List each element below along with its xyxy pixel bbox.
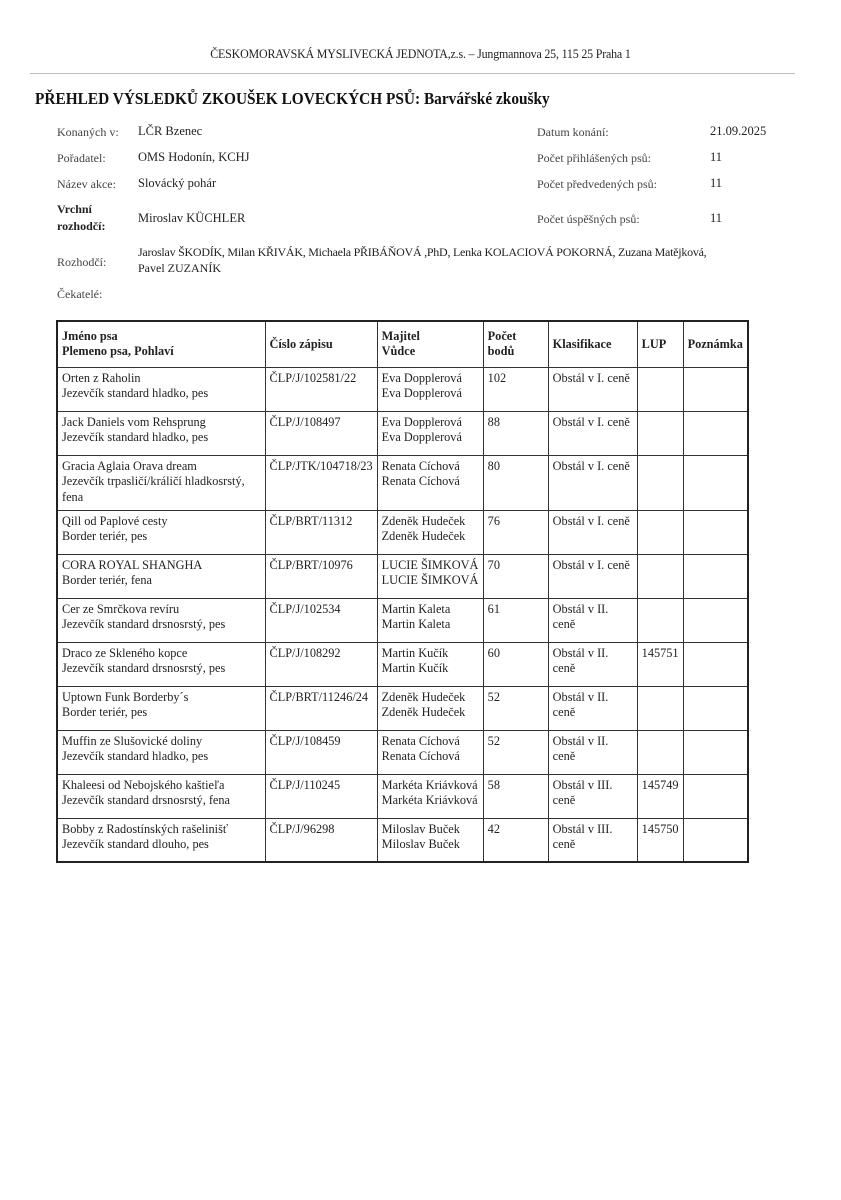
cell-registration: ČLP/BRT/10976	[265, 554, 377, 598]
cell-points: 61	[483, 598, 548, 642]
cell-note	[683, 818, 748, 862]
dog-breed-sex: Jezevčík standard hladko, pes	[62, 386, 261, 402]
cell-dog: Qill od Paplové cestyBorder teriér, pes	[57, 510, 265, 554]
dog-name: Bobby z Radostínských rašelinišť	[62, 822, 261, 838]
header-owner: Majitel	[382, 329, 479, 345]
cell-classification: Obstál v II. ceně	[548, 686, 637, 730]
venue-value: LČR Bzenec	[138, 124, 202, 139]
cell-note	[683, 730, 748, 774]
cell-classification: Obstál v II. ceně	[548, 730, 637, 774]
cell-owner-handler: Miloslav BučekMiloslav Buček	[377, 818, 483, 862]
table-row: Cer ze Smrčkova revíruJezevčík standard …	[57, 598, 748, 642]
owner-name: Eva Dopplerová	[382, 415, 479, 431]
table-row: Orten z RaholinJezevčík standard hladko,…	[57, 367, 748, 411]
successful-value: 11	[710, 211, 722, 226]
dog-name: Khaleesi od Nebojského kaštieľa	[62, 778, 261, 794]
cell-points: 76	[483, 510, 548, 554]
owner-name: Renata Cíchová	[382, 459, 479, 475]
header-registration: Číslo zápisu	[265, 321, 377, 367]
dog-breed-sex: Jezevčík standard hladko, pes	[62, 749, 261, 765]
handler-name: Markéta Kriávková	[382, 793, 479, 809]
cell-lup	[637, 411, 683, 455]
cell-points: 52	[483, 686, 548, 730]
cell-dog: Orten z RaholinJezevčík standard hladko,…	[57, 367, 265, 411]
dog-breed-sex: Jezevčík standard drsnosrstý, pes	[62, 617, 261, 633]
cell-dog: Khaleesi od Nebojského kaštieľaJezevčík …	[57, 774, 265, 818]
header-dog-name: Jméno psa Plemeno psa, Pohlaví	[57, 321, 265, 367]
chief-judge-label: Vrchní rozhodčí:	[57, 201, 105, 235]
chief-judge-value: Miroslav KÜCHLER	[138, 211, 245, 226]
dog-breed-sex: Jezevčík standard dlouho, pes	[62, 837, 261, 853]
cell-points: 80	[483, 455, 548, 510]
table-row: CORA ROYAL SHANGHABorder teriér, fenaČLP…	[57, 554, 748, 598]
handler-name: Eva Dopplerová	[382, 430, 479, 446]
cell-points: 88	[483, 411, 548, 455]
cell-dog: Cer ze Smrčkova revíruJezevčík standard …	[57, 598, 265, 642]
dog-name: Draco ze Skleného kopce	[62, 646, 261, 662]
cell-classification: Obstál v III. ceně	[548, 818, 637, 862]
dog-breed-sex: Jezevčík standard drsnosrstý, pes	[62, 661, 261, 677]
handler-name: Miloslav Buček	[382, 837, 479, 853]
handler-name: Zdeněk Hudeček	[382, 705, 479, 721]
cell-classification: Obstál v I. ceně	[548, 411, 637, 455]
cell-classification: Obstál v II. ceně	[548, 598, 637, 642]
dog-name: Jack Daniels vom Rehsprung	[62, 415, 261, 431]
cell-dog: Bobby z Radostínských rašelinišťJezevčík…	[57, 818, 265, 862]
presented-value: 11	[710, 176, 722, 191]
cell-dog: Uptown Funk Borderby´sBorder teriér, pes	[57, 686, 265, 730]
cell-registration: ČLP/J/108292	[265, 642, 377, 686]
cell-lup	[637, 686, 683, 730]
cell-owner-handler: Renata CíchováRenata Cíchová	[377, 730, 483, 774]
organization-header: ČESKOMORAVSKÁ MYSLIVECKÁ JEDNOTA,z.s. – …	[34, 46, 808, 62]
venue-label: Konaných v:	[57, 125, 119, 140]
cell-points: 102	[483, 367, 548, 411]
cell-registration: ČLP/J/96298	[265, 818, 377, 862]
cell-points: 60	[483, 642, 548, 686]
judges-line1: Jaroslav ŠKODÍK, Milan KŘIVÁK, Michaela …	[138, 245, 706, 260]
cell-note	[683, 411, 748, 455]
date-label: Datum konání:	[537, 125, 609, 140]
dog-breed-sex: Border teriér, fena	[62, 573, 261, 589]
organizer-value: OMS Hodonín, KCHJ	[138, 150, 249, 165]
event-label: Název akce:	[57, 177, 116, 192]
chief-judge-label-line2: rozhodčí:	[57, 218, 105, 235]
cell-classification: Obstál v I. ceně	[548, 554, 637, 598]
owner-name: Martin Kučík	[382, 646, 479, 662]
table-row: Jack Daniels vom RehsprungJezevčík stand…	[57, 411, 748, 455]
header-classification: Klasifikace	[548, 321, 637, 367]
cell-registration: ČLP/J/108459	[265, 730, 377, 774]
cell-owner-handler: LUCIE ŠIMKOVÁLUCIE ŠIMKOVÁ	[377, 554, 483, 598]
dog-name: Orten z Raholin	[62, 371, 261, 387]
cell-lup	[637, 367, 683, 411]
cell-note	[683, 510, 748, 554]
successful-label: Počet úspěšných psů:	[537, 212, 640, 227]
handler-name: Eva Dopplerová	[382, 386, 479, 402]
cell-dog: CORA ROYAL SHANGHABorder teriér, fena	[57, 554, 265, 598]
dog-name: Gracia Aglaia Orava dream	[62, 459, 261, 475]
cell-note	[683, 686, 748, 730]
cell-lup	[637, 598, 683, 642]
organizer-label: Pořadatel:	[57, 151, 106, 166]
cell-lup	[637, 510, 683, 554]
trainees-label: Čekatelé:	[57, 287, 102, 302]
dog-breed-sex: Border teriér, pes	[62, 529, 261, 545]
cell-registration: ČLP/J/110245	[265, 774, 377, 818]
cell-owner-handler: Renata CíchováRenata Cíchová	[377, 455, 483, 510]
owner-name: Zdeněk Hudeček	[382, 690, 479, 706]
cell-lup	[637, 730, 683, 774]
cell-owner-handler: Martin KučíkMartin Kučík	[377, 642, 483, 686]
dog-name: Muffin ze Slušovické doliny	[62, 734, 261, 750]
table-row: Gracia Aglaia Orava dreamJezevčík trpasl…	[57, 455, 748, 510]
header-divider	[30, 73, 795, 74]
cell-dog: Muffin ze Slušovické dolinyJezevčík stan…	[57, 730, 265, 774]
header-name-line1: Jméno psa	[62, 329, 261, 345]
dog-breed-sex: Jezevčík trpasličí/králičí hladkosrstý, …	[62, 474, 261, 505]
cell-classification: Obstál v I. ceně	[548, 510, 637, 554]
cell-note	[683, 774, 748, 818]
header-points: Počet bodů	[483, 321, 548, 367]
cell-lup	[637, 554, 683, 598]
header-note: Poznámka	[683, 321, 748, 367]
cell-owner-handler: Eva DopplerováEva Dopplerová	[377, 411, 483, 455]
cell-lup: 145750	[637, 818, 683, 862]
cell-lup	[637, 455, 683, 510]
judges-label: Rozhodčí:	[57, 255, 106, 270]
cell-points: 52	[483, 730, 548, 774]
cell-registration: ČLP/J/108497	[265, 411, 377, 455]
header-handler: Vůdce	[382, 344, 479, 360]
cell-classification: Obstál v I. ceně	[548, 367, 637, 411]
results-body: Orten z RaholinJezevčík standard hladko,…	[57, 367, 748, 862]
handler-name: Renata Cíchová	[382, 749, 479, 765]
owner-name: Martin Kaleta	[382, 602, 479, 618]
table-row: Uptown Funk Borderby´sBorder teriér, pes…	[57, 686, 748, 730]
cell-points: 58	[483, 774, 548, 818]
cell-registration: ČLP/JTK/104718/23	[265, 455, 377, 510]
table-header-row: Jméno psa Plemeno psa, Pohlaví Číslo záp…	[57, 321, 748, 367]
cell-registration: ČLP/BRT/11246/24	[265, 686, 377, 730]
cell-owner-handler: Eva DopplerováEva Dopplerová	[377, 367, 483, 411]
owner-name: Renata Cíchová	[382, 734, 479, 750]
cell-dog: Jack Daniels vom RehsprungJezevčík stand…	[57, 411, 265, 455]
registered-value: 11	[710, 150, 722, 165]
table-row: Qill od Paplové cestyBorder teriér, pesČ…	[57, 510, 748, 554]
cell-owner-handler: Zdeněk HudečekZdeněk Hudeček	[377, 510, 483, 554]
owner-name: LUCIE ŠIMKOVÁ	[382, 558, 479, 574]
document-title: PŘEHLED VÝSLEDKŮ ZKOUŠEK LOVECKÝCH PSŮ: …	[35, 89, 550, 109]
cell-owner-handler: Zdeněk HudečekZdeněk Hudeček	[377, 686, 483, 730]
cell-note	[683, 642, 748, 686]
cell-lup: 145751	[637, 642, 683, 686]
cell-points: 70	[483, 554, 548, 598]
dog-name: Uptown Funk Borderby´s	[62, 690, 261, 706]
cell-note	[683, 554, 748, 598]
cell-points: 42	[483, 818, 548, 862]
date-value: 21.09.2025	[710, 124, 766, 139]
chief-judge-label-line1: Vrchní	[57, 201, 105, 218]
registered-label: Počet přihlášených psů:	[537, 151, 651, 166]
header-lup: LUP	[637, 321, 683, 367]
cell-classification: Obstál v II. ceně	[548, 642, 637, 686]
event-value: Slovácký pohár	[138, 176, 216, 191]
handler-name: LUCIE ŠIMKOVÁ	[382, 573, 479, 589]
handler-name: Martin Kučík	[382, 661, 479, 677]
owner-name: Markéta Kriávková	[382, 778, 479, 794]
cell-note	[683, 598, 748, 642]
cell-owner-handler: Martin KaletaMartin Kaleta	[377, 598, 483, 642]
header-name-line2: Plemeno psa, Pohlaví	[62, 344, 261, 360]
cell-classification: Obstál v III. ceně	[548, 774, 637, 818]
handler-name: Martin Kaleta	[382, 617, 479, 633]
dog-breed-sex: Jezevčík standard hladko, pes	[62, 430, 261, 446]
cell-dog: Gracia Aglaia Orava dreamJezevčík trpasl…	[57, 455, 265, 510]
cell-registration: ČLP/J/102534	[265, 598, 377, 642]
owner-name: Zdeněk Hudeček	[382, 514, 479, 530]
results-table: Jméno psa Plemeno psa, Pohlaví Číslo záp…	[56, 320, 749, 863]
cell-dog: Draco ze Skleného kopceJezevčík standard…	[57, 642, 265, 686]
owner-name: Eva Dopplerová	[382, 371, 479, 387]
cell-registration: ČLP/J/102581/22	[265, 367, 377, 411]
table-row: Muffin ze Slušovické dolinyJezevčík stan…	[57, 730, 748, 774]
dog-name: Cer ze Smrčkova revíru	[62, 602, 261, 618]
dog-breed-sex: Jezevčík standard drsnosrstý, fena	[62, 793, 261, 809]
cell-owner-handler: Markéta KriávkováMarkéta Kriávková	[377, 774, 483, 818]
handler-name: Zdeněk Hudeček	[382, 529, 479, 545]
table-row: Bobby z Radostínských rašelinišťJezevčík…	[57, 818, 748, 862]
table-row: Khaleesi od Nebojského kaštieľaJezevčík …	[57, 774, 748, 818]
dog-breed-sex: Border teriér, pes	[62, 705, 261, 721]
header-owner-handler: Majitel Vůdce	[377, 321, 483, 367]
judges-line2: Pavel ZUZANÍK	[138, 261, 221, 276]
dog-name: Qill od Paplové cesty	[62, 514, 261, 530]
cell-lup: 145749	[637, 774, 683, 818]
dog-name: CORA ROYAL SHANGHA	[62, 558, 261, 574]
cell-classification: Obstál v I. ceně	[548, 455, 637, 510]
cell-note	[683, 367, 748, 411]
owner-name: Miloslav Buček	[382, 822, 479, 838]
handler-name: Renata Cíchová	[382, 474, 479, 490]
cell-registration: ČLP/BRT/11312	[265, 510, 377, 554]
table-row: Draco ze Skleného kopceJezevčík standard…	[57, 642, 748, 686]
cell-note	[683, 455, 748, 510]
presented-label: Počet předvedených psů:	[537, 177, 657, 192]
